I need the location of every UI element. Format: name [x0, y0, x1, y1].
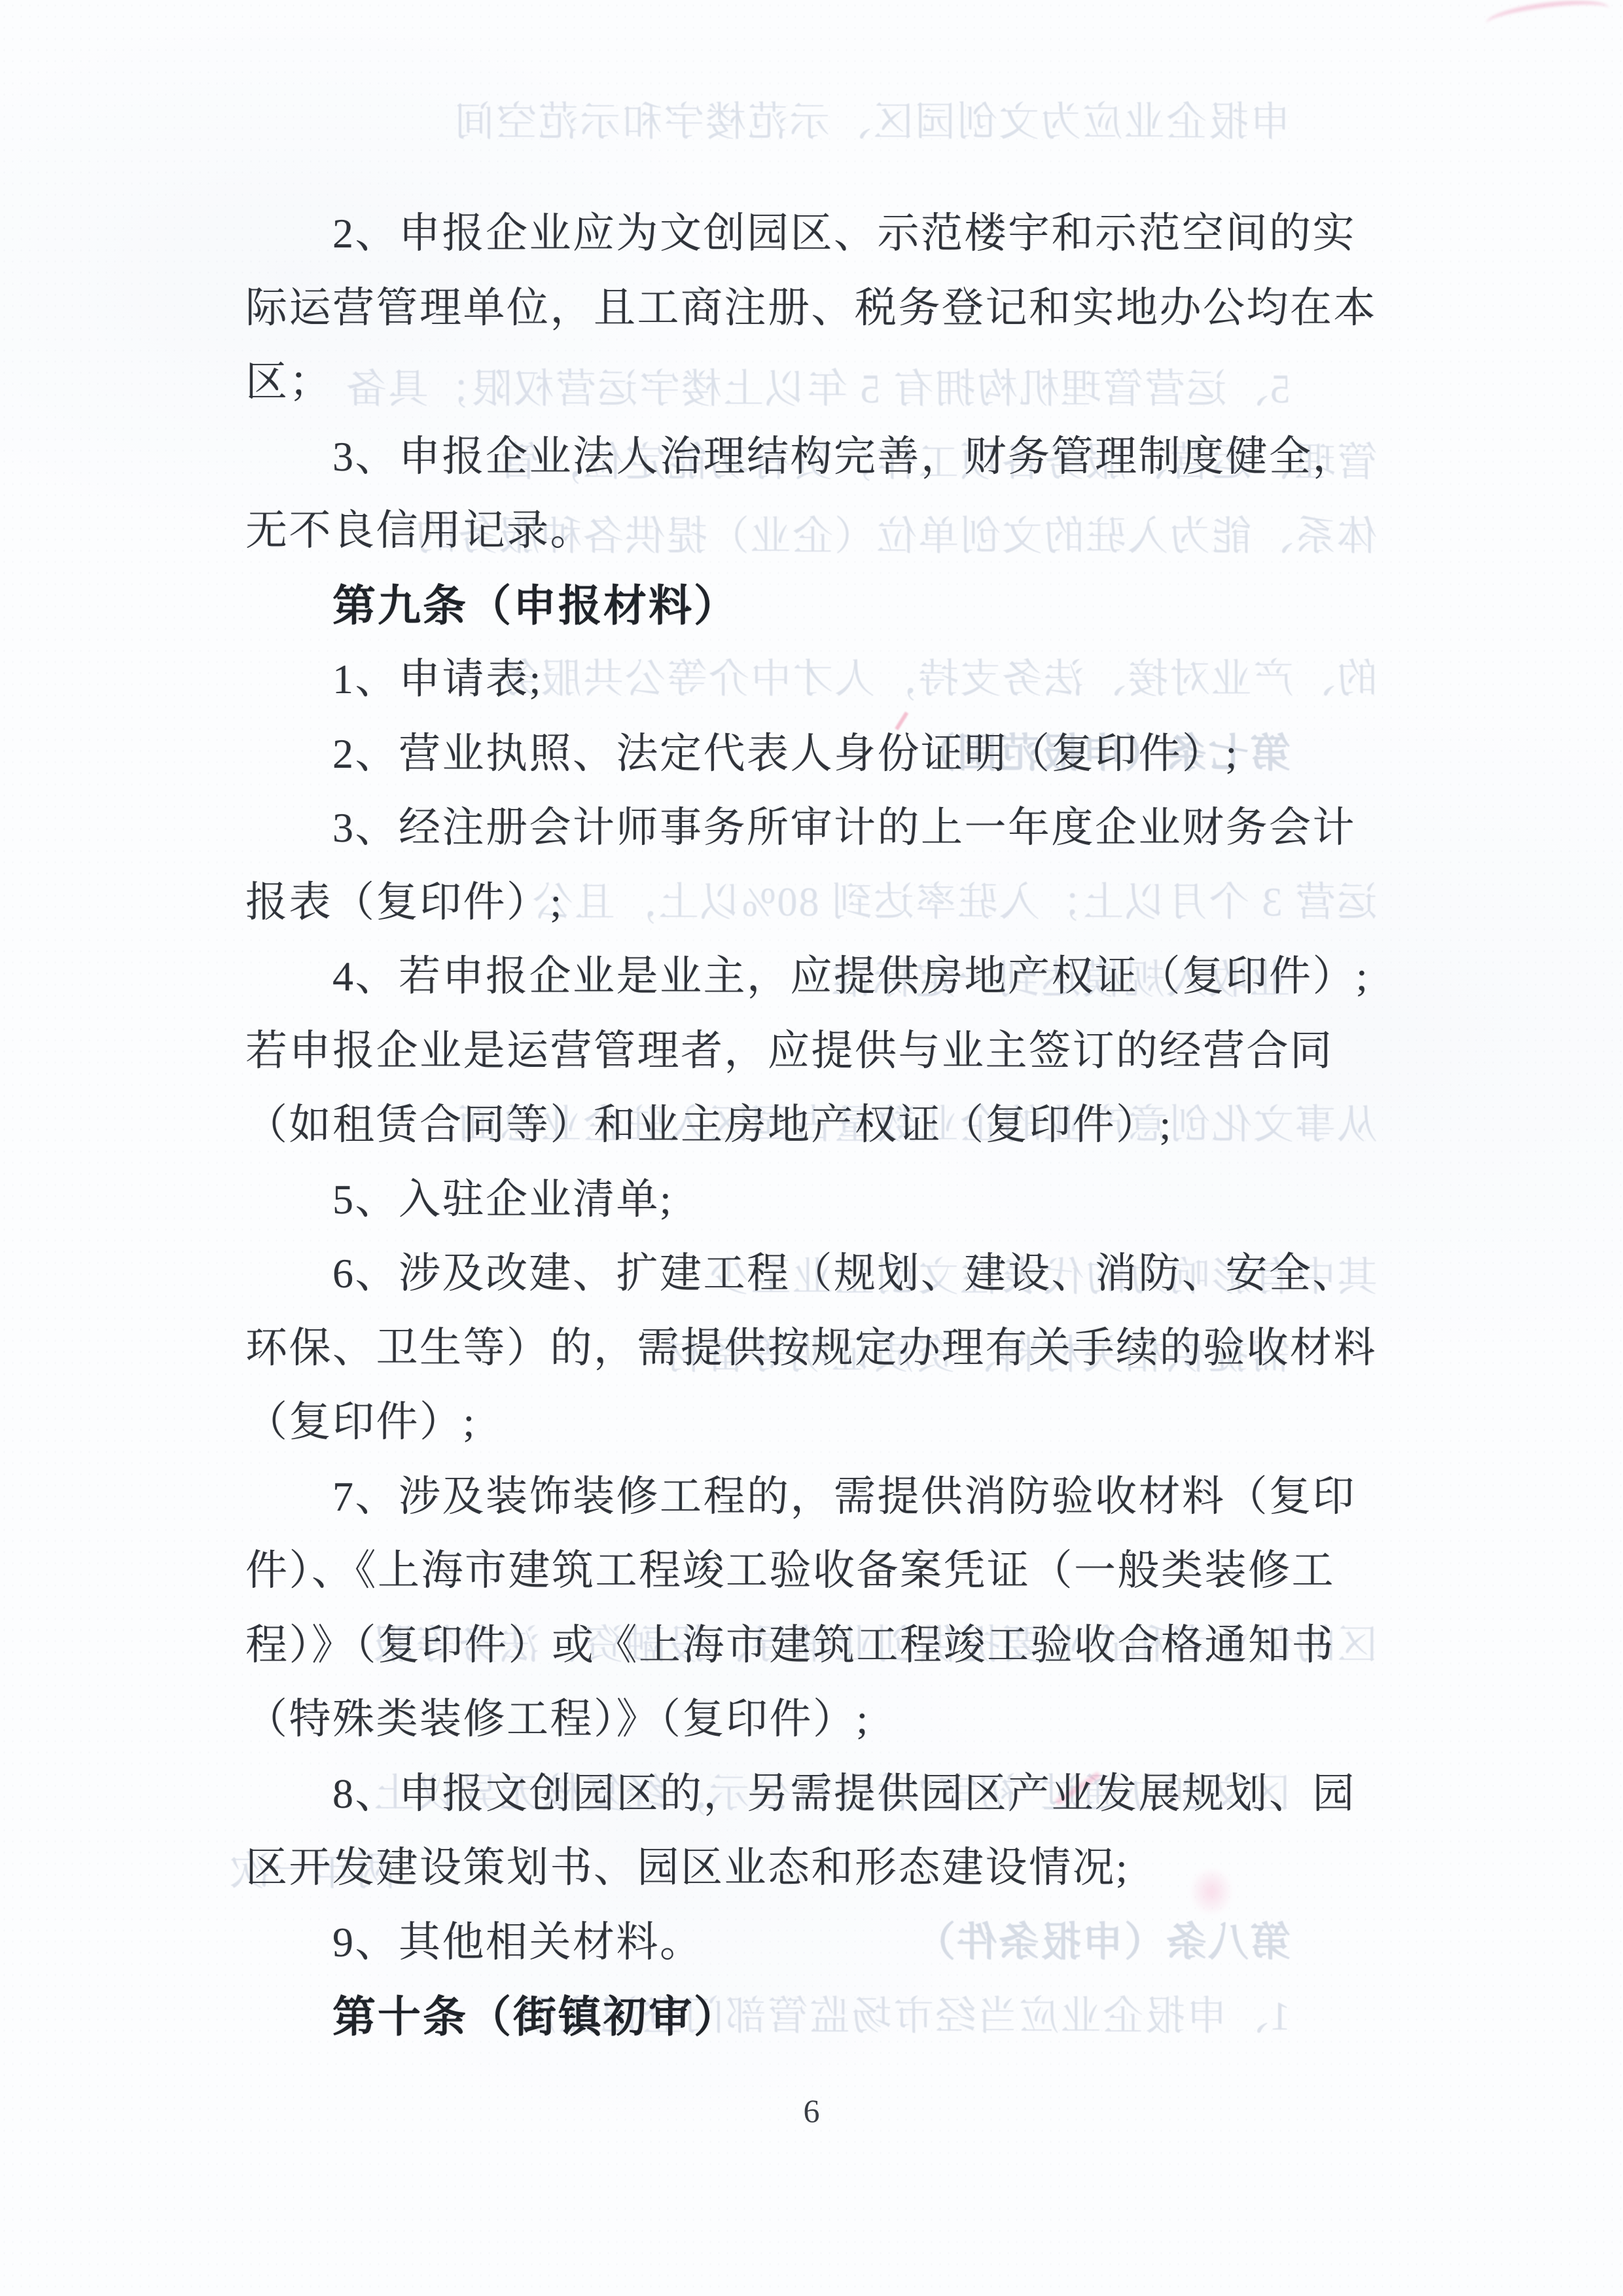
text-line: （特殊类装修工程）》（复印件）;	[245, 1682, 1378, 1757]
text-line: 4、若申报企业是业主，应提供房地产权证（复印件）;	[245, 939, 1465, 1014]
text-line: 区；	[245, 345, 1378, 420]
text-line: 6、涉及改建、扩建工程（规划、建设、消防、安全、	[245, 1236, 1465, 1311]
pink-pen-mark-top-right	[1484, 0, 1611, 37]
text-line: 1、申请表;	[245, 642, 1465, 717]
text-line: 7、涉及装饰装修工程的，需提供消防验收材料（复印	[245, 1460, 1465, 1534]
text-line: 报表（复印件）;	[245, 865, 1378, 940]
text-line: 若申报企业是运营管理者，应提供与业主签订的经营合同	[245, 1014, 1378, 1088]
text-line: 件）、《上海市建筑工程竣工验收备案凭证（一般类装修工	[245, 1534, 1378, 1608]
article-heading: 第十条（街镇初审）	[245, 1979, 1465, 2054]
text-line: 2、申报企业应为文创园区、示范楼宇和示范空间的实	[245, 196, 1465, 271]
document-text-layer: 2、申报企业应为文创园区、示范楼宇和示范空间的实际运营管理单位，且工商注册、税务…	[245, 0, 1378, 2296]
text-line: 2、营业执照、法定代表人身份证明（复印件）;	[245, 717, 1465, 791]
text-line: 际运营管理单位，且工商注册、税务登记和实地办公均在本	[245, 271, 1378, 346]
text-line: 环保、卫生等）的，需提供按规定办理有关手续的验收材料	[245, 1311, 1378, 1386]
text-line: 3、申报企业法人治理结构完善，财务管理制度健全，	[245, 420, 1465, 494]
page-number: 6	[0, 2092, 1623, 2130]
article-heading: 第九条（申报材料）	[245, 568, 1465, 643]
text-line: 8、申报文创园区的，另需提供园区产业发展规划、园	[245, 1757, 1465, 1831]
scanned-document-page: 申报企业应为文创园区、示范楼宇和示范空间5、运营管理机构拥有 5 年以上楼宇运营…	[0, 0, 1623, 2296]
text-line: 程）》（复印件）或《上海市建筑工程竣工验收合格通知书	[245, 1608, 1378, 1683]
text-line: （如租赁合同等）和业主房地产权证（复印件）;	[245, 1088, 1378, 1162]
text-line: （复印件）;	[245, 1385, 1378, 1460]
text-line: 无不良信用记录。	[245, 493, 1378, 568]
text-line: 3、经注册会计师事务所审计的上一年度企业财务会计	[245, 791, 1465, 865]
text-line: 5、入驻企业清单;	[245, 1162, 1465, 1237]
text-line: 9、其他相关材料。	[245, 1905, 1465, 1980]
text-line: 区开发建设策划书、园区业态和形态建设情况;	[245, 1831, 1378, 1905]
